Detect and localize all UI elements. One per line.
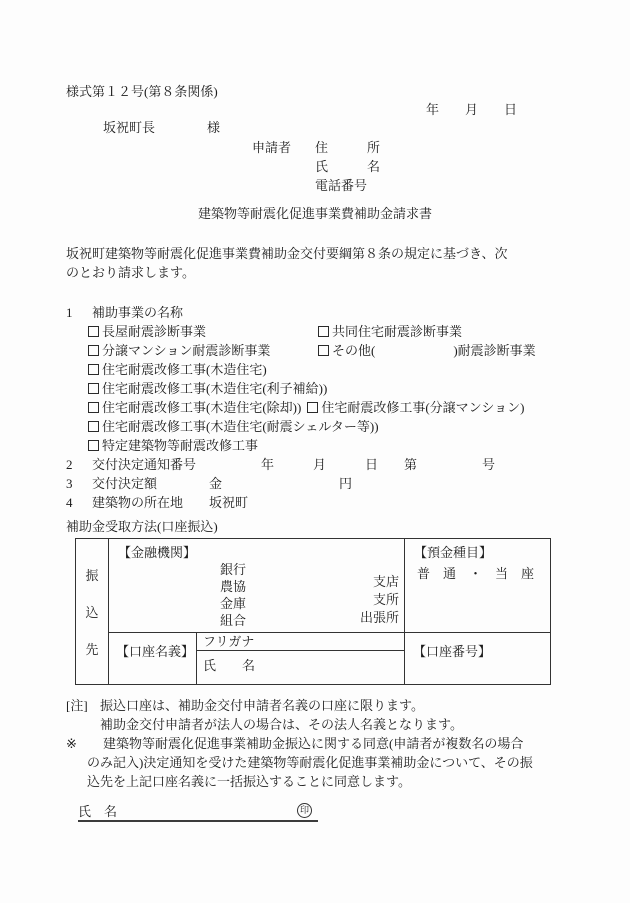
checkbox-icon — [88, 402, 99, 413]
item-value: 坂祝町 — [183, 495, 248, 510]
consent-line: のみ記入)決定通知を受けた建築物等耐震化促進事業補助金について、その振 — [87, 753, 533, 772]
checkbox-icon — [88, 364, 99, 375]
checkbox-item: 長屋耐震診断事業 — [88, 322, 206, 341]
checkbox-item: 住宅耐震改修工事(木造住宅) — [88, 360, 267, 379]
checkbox-icon — [88, 421, 99, 432]
checkbox-item: 特定建築物等耐震改修工事 — [88, 436, 258, 455]
date-line: 年 月 日 — [426, 100, 517, 119]
checkbox-label: 分譲マンション耐震診断事業 — [102, 343, 270, 358]
section1-number: 1 — [66, 303, 92, 322]
checkbox-item: その他( )耐震診断事業 — [318, 341, 536, 360]
account-number-cell: 【口座番号】 — [405, 633, 550, 684]
applicant-address-label: 住 所 — [315, 138, 380, 157]
checkbox-row: 住宅耐震改修工事(木造住宅(除却)) 住宅耐震改修工事(分譲マンション) — [88, 398, 524, 417]
institution-option: 銀行 — [220, 561, 246, 578]
financial-institution-cell: 【金融機関】 銀行 農協 金庫 組合 支店 支所 出張所 — [109, 539, 405, 632]
document-title: 建築物等耐震化促進事業費補助金請求書 — [0, 204, 630, 223]
branch-type-options: 支店 支所 出張所 — [360, 573, 399, 627]
bank-transfer-table: 振 込 先 【金融機関】 銀行 農協 金庫 組合 支店 支所 出張所 — [75, 538, 551, 685]
checkbox-item: 分譲マンション耐震診断事業 — [88, 341, 270, 360]
signature-line: 氏 名 印 — [78, 800, 318, 822]
branch-option: 支所 — [360, 591, 399, 609]
furigana-label: フリガナ — [197, 633, 404, 651]
asterisk-mark: ※ — [66, 734, 103, 753]
item-value: 金 円 — [157, 476, 352, 491]
account-number-label: 【口座番号】 — [405, 638, 550, 659]
table-main-area: 【金融機関】 銀行 農協 金庫 組合 支店 支所 出張所 【預金種目】 — [109, 539, 550, 684]
note-line: [注]振込口座は、補助金交付申請者名義の口座に限ります。 — [66, 696, 424, 715]
item-number: 3 — [66, 474, 92, 493]
item-number: 2 — [66, 455, 92, 474]
checkbox-label: 住宅耐震改修工事(木造住宅(耐震シェルター等)) — [102, 419, 379, 434]
addressee-line: 坂祝町長 様 — [103, 118, 220, 137]
checkbox-label: 共同住宅耐震診断事業 — [332, 324, 462, 339]
financial-institution-label: 【金融機関】 — [109, 539, 404, 560]
table-top-row: 【金融機関】 銀行 農協 金庫 組合 支店 支所 出張所 【預金種目】 — [109, 539, 550, 633]
vertical-label-char: 先 — [85, 639, 98, 658]
item-notification-number: 2交付決定通知番号 年 月 日 第 号 — [66, 455, 495, 474]
checkbox-icon — [88, 383, 99, 394]
checkbox-item: 住宅耐震改修工事(木造住宅(耐震シェルター等)) — [88, 417, 379, 436]
item-label: 交付決定通知番号 — [92, 457, 196, 472]
checkbox-icon — [307, 402, 318, 413]
seal-character: 印 — [300, 806, 309, 815]
consent-line: ※建築物等耐震化促進事業補助金振込に関する同意(申請者が複数名の場合 — [66, 734, 523, 753]
vertical-label-char: 込 — [85, 602, 98, 621]
institution-type-options: 銀行 農協 金庫 組合 — [220, 561, 246, 629]
holder-name-label: 氏 名 — [197, 651, 404, 684]
checkbox-icon — [318, 345, 329, 356]
checkbox-label: 住宅耐震改修工事(木造住宅(除却)) — [102, 400, 301, 415]
checkbox-label: 住宅耐震改修工事(分譲マンション) — [321, 400, 524, 415]
checkbox-icon — [88, 326, 99, 337]
note-line: 補助金交付申請者が法人の場合は、その法人名義となります。 — [100, 715, 463, 734]
table-bottom-row: 【口座名義】 フリガナ 氏 名 【口座番号】 — [109, 633, 550, 684]
checkbox-item: 住宅耐震改修工事(分譲マンション) — [307, 398, 524, 417]
deposit-type-cell: 【預金種目】 普 通 ・ 当 座 — [405, 539, 550, 632]
item-decided-amount: 3交付決定額 金 円 — [66, 474, 352, 493]
table-row-header-transfer-destination: 振 込 先 — [76, 539, 109, 684]
item-building-location: 4建築物の所在地 坂祝町 — [66, 493, 248, 512]
checkbox-label: その他( )耐震診断事業 — [332, 343, 536, 358]
item-label: 交付決定額 — [92, 476, 157, 491]
account-name-cell: フリガナ 氏 名 — [197, 633, 405, 684]
item-value: 年 月 日 第 号 — [196, 457, 495, 472]
body-line: 坂祝町建築物等耐震化促進事業費補助金交付要綱第８条の規定に基づき、次 — [66, 244, 507, 263]
form-number: 様式第１２号(第８条関係) — [66, 82, 218, 101]
checkbox-icon — [318, 326, 329, 337]
account-holder-cell: 【口座名義】 — [109, 633, 197, 684]
account-holder-label: 【口座名義】 — [109, 638, 196, 659]
applicant-name-label: 氏 名 — [315, 157, 380, 176]
branch-option: 出張所 — [360, 609, 399, 627]
checkbox-item: 住宅耐震改修工事(木造住宅(利子補給)) — [88, 379, 327, 398]
checkbox-label: 特定建築物等耐震改修工事 — [102, 438, 258, 453]
signature-name-label: 氏 名 — [78, 801, 117, 820]
checkbox-item: 共同住宅耐震診断事業 — [318, 322, 462, 341]
note-bracket-label: [注] — [66, 696, 100, 715]
note-text: 振込口座は、補助金交付申請者名義の口座に限ります。 — [100, 698, 424, 713]
subsidy-claim-form-page: 様式第１２号(第８条関係) 年 月 日 坂祝町長 様 申請者 住 所 氏 名 電… — [0, 0, 630, 903]
seal-mark-icon: 印 — [297, 803, 312, 818]
institution-option: 組合 — [220, 612, 246, 629]
section1-heading-label: 補助事業の名称 — [92, 305, 183, 320]
branch-option: 支店 — [360, 573, 399, 591]
checkbox-label: 長屋耐震診断事業 — [102, 324, 206, 339]
institution-option: 金庫 — [220, 595, 246, 612]
section1-heading: 1補助事業の名称 — [66, 303, 183, 322]
checkbox-icon — [88, 345, 99, 356]
vertical-label-char: 振 — [85, 565, 98, 584]
applicant-phone-label: 電話番号 — [315, 176, 367, 195]
checkbox-label: 住宅耐震改修工事(木造住宅) — [102, 362, 267, 377]
body-line: のとおり請求します。 — [66, 263, 195, 282]
institution-option: 農協 — [220, 578, 246, 595]
deposit-type-label: 【預金種目】 — [405, 539, 550, 560]
checkbox-icon — [88, 440, 99, 451]
consent-line: 込先を上記口座名義に一括振込することに同意します。 — [87, 772, 411, 791]
item-label: 建築物の所在地 — [92, 495, 183, 510]
deposit-type-options: 普 通 ・ 当 座 — [417, 564, 534, 583]
consent-text: 建築物等耐震化促進事業補助金振込に関する同意(申請者が複数名の場合 — [103, 736, 523, 751]
checkbox-item: 住宅耐震改修工事(木造住宅(除却)) — [88, 398, 301, 417]
item-number: 4 — [66, 493, 92, 512]
checkbox-label: 住宅耐震改修工事(木造住宅(利子補給)) — [102, 381, 327, 396]
payment-method-heading: 補助金受取方法(口座振込) — [66, 517, 218, 536]
applicant-label: 申請者 — [252, 138, 291, 157]
